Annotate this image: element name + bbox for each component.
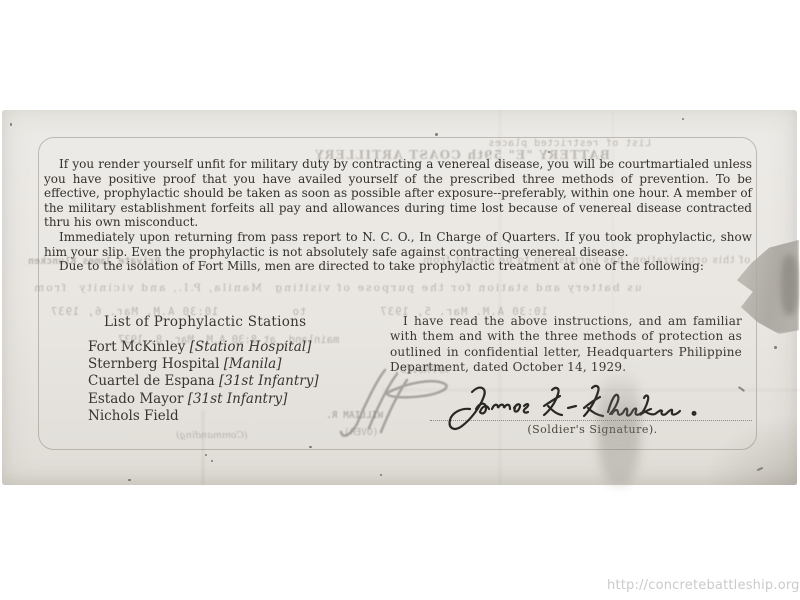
ink-speck <box>211 460 213 462</box>
station-detail: [Station Hospital] <box>190 339 312 355</box>
horizontal-fold-crease <box>382 389 800 391</box>
ink-speck <box>774 346 777 349</box>
instructions-paragraph-2: Immediately upon returning from pass rep… <box>44 230 752 259</box>
station-row: Cuartel de Espana [31st Infantry] <box>88 373 319 390</box>
ink-speck <box>548 151 550 153</box>
ink-speck <box>435 133 438 136</box>
paper-sheet: List of restricted places BATTERY "E" 59… <box>2 110 797 485</box>
station-name: Cuartel de Espana <box>88 373 219 389</box>
ink-speck <box>10 123 12 126</box>
ink-speck <box>682 118 684 120</box>
prophylactic-stations-section: List of Prophylactic Stations Fort McKin… <box>88 314 319 425</box>
watermark-url: http://concretebattleship.org <box>607 578 800 593</box>
station-name: Nichols Field <box>88 408 179 424</box>
station-row: Sternberg Hospital [Manila] <box>88 356 319 373</box>
corner-shadow <box>702 413 797 485</box>
instructions-text: If you render yourself unfit for militar… <box>44 157 752 274</box>
ink-speck <box>380 474 382 476</box>
station-detail: [Manila] <box>224 356 282 372</box>
torn-edge-dark-notch <box>781 255 798 315</box>
vertical-fold-crease <box>499 110 501 485</box>
instructions-paragraph-1: If you render yourself unfit for militar… <box>44 157 752 230</box>
station-name: Sternberg Hospital <box>88 356 224 372</box>
station-row: Fort McKinley [Station Hospital] <box>88 339 319 356</box>
ink-speck <box>309 446 312 448</box>
station-detail: [31st Infantry] <box>188 391 288 407</box>
stations-heading: List of Prophylactic Stations <box>104 314 319 330</box>
scanned-pass-slip-photo: List of restricted places BATTERY "E" 59… <box>0 0 800 600</box>
vertical-fold-crease <box>202 410 204 485</box>
station-detail: [31st Infantry] <box>219 373 319 389</box>
soldier-signature-name: James K. Kluncken. <box>2 110 3 111</box>
gray-smudge-stain <box>598 368 640 485</box>
station-name: Fort McKinley <box>88 339 190 355</box>
ink-speck <box>205 454 207 456</box>
ink-speck <box>128 479 131 481</box>
station-row: Estado Mayor [31st Infantry] <box>88 391 319 408</box>
instructions-paragraph-3: Due to the isolation of Fort Mills, men … <box>44 259 752 274</box>
vertical-fold-crease <box>612 110 614 316</box>
station-name: Estado Mayor <box>88 391 188 407</box>
signature-caption: (Soldier's Signature). <box>450 423 735 436</box>
